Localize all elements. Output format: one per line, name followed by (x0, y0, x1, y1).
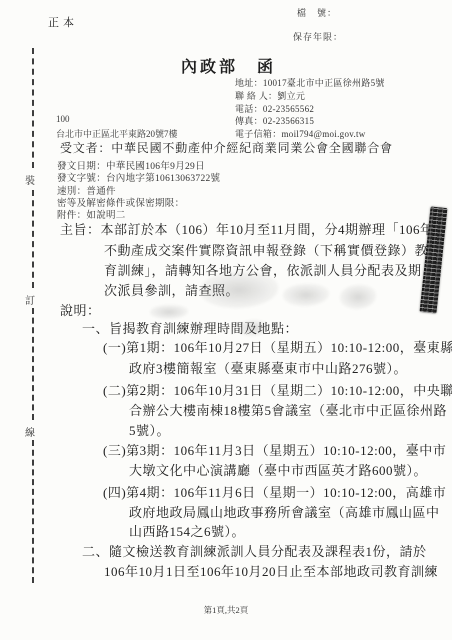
scanned-official-letter: 正本 檔 號： 保存年限： 內政部 函 地址：10017臺北市中正區徐州路5號 … (0, 0, 452, 640)
subject-line: 不動產成交案件實際資訊申報登錄（下稱實價登錄）教 (104, 240, 428, 259)
subject-line: 主旨：本部訂於本（106）年10月至11月間，分4期辦理「106年 (60, 219, 434, 238)
subject-line: 育訓練」，請轉知各地方公會，依派訓人員分配表及期 (104, 260, 422, 279)
copy-type-label: 正本 (48, 14, 78, 30)
binding-line-segment (32, 190, 34, 288)
explanation-line: 政府3樓簡報室（臺東縣臺東市中山路276號）。 (129, 358, 407, 377)
explanation-heading: 說明： (60, 300, 101, 319)
file-number-label: 檔 號： (297, 6, 337, 19)
binding-char-ding: 訂 (25, 292, 35, 307)
scan-smudge (150, 305, 188, 319)
binding-char-xian: 線 (25, 424, 35, 439)
explanation-line: (一)第1期：106年10月27日（星期五）10:10-12:00，臺東縣 (103, 337, 452, 356)
explanation-line: (二)第2期：106年10月31日（星期二）10:10-12:00，中央聯 (103, 380, 452, 399)
explanation-line: 政府地政局鳳山地政事務所會議室（高雄市鳳山區中 (129, 502, 440, 521)
scan-smudge (283, 284, 329, 306)
explanation-line: 大墩文化中心演講廳（臺中市西區英才路600號）。 (129, 460, 427, 479)
explanation-line: 106年10月1日至106年10月20日止至本部地政司教育訓練 (104, 561, 438, 580)
explanation-line: 山西路154之6號）。 (129, 521, 245, 540)
binding-line-segment (32, 48, 34, 168)
sender-fax: 傳真：02-23566315 (235, 114, 314, 127)
subject-line: 次派員參訓，請查照。 (104, 280, 239, 299)
explanation-line: 合辦公大樓南棟18樓第5會議室（臺北市中正區徐州路 (129, 400, 447, 419)
explanation-line: (四)第4期：106年11月6日（星期一）10:10-12:00，高雄市 (103, 482, 446, 501)
scan-smudge (340, 285, 376, 309)
binding-char-zhuang: 裝 (25, 172, 35, 187)
letter-title: 內政部 函 (181, 54, 276, 77)
sender-address: 地址：10017臺北市中正區徐州路5號 (235, 76, 385, 89)
recipient-line: 受文者：中華民國不動產仲介經紀商業同業公會全國聯合會 (60, 139, 393, 156)
sender-contact-person: 聯 絡 人：劉立元 (235, 89, 305, 102)
recipient-zip: 100 (56, 114, 70, 124)
binding-line-segment (32, 308, 34, 420)
explanation-line: (三)第3期：106年11月3日（星期五）10:10-12:00，臺中市 (103, 440, 446, 459)
explanation-line: 一、旨揭教育訓練辦理時間及地點： (82, 318, 298, 337)
page-indicator: 第1頁,共2頁 (0, 604, 452, 616)
binding-line-segment (32, 440, 34, 583)
retention-period-label: 保存年限： (293, 30, 343, 43)
explanation-line: 二、隨文檢送教育訓練派訓人員分配表及課程表1份，請於 (82, 541, 427, 560)
explanation-line: 5號）。 (129, 420, 170, 439)
document-number: 發文字號：台內地字第10613063722號 (57, 170, 220, 184)
